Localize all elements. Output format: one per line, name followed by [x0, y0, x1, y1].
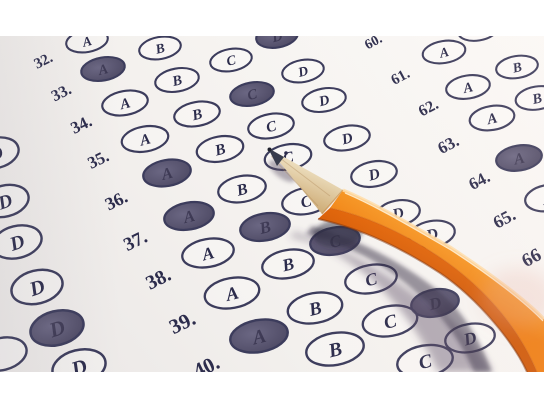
pencil-dot — [284, 151, 288, 155]
photo-stage: DDDDDDDABCDABCDABCDABCDABCDABCDABCDABCDA… — [0, 0, 544, 408]
marks-layer — [284, 151, 288, 155]
right-warm-cast — [300, 36, 544, 372]
left-vignette — [0, 36, 120, 372]
photo-area: DDDDDDDABCDABCDABCDABCDABCDABCDABCDABCDA… — [0, 17, 544, 391]
answer-sheet-photo: DDDDDDDABCDABCDABCDABCDABCDABCDABCDABCDA… — [0, 0, 544, 408]
pencil-point — [268, 148, 272, 152]
